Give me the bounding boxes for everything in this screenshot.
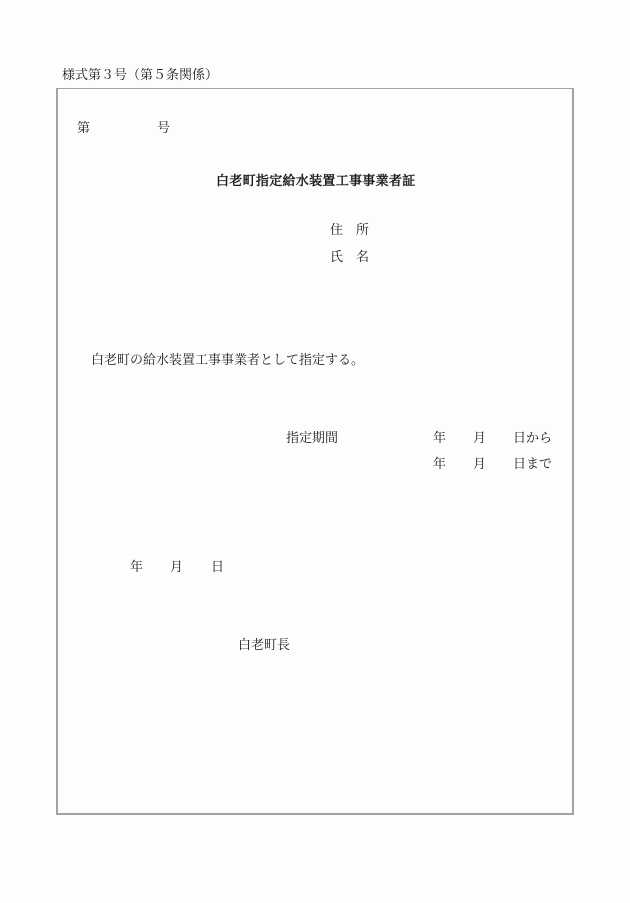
issue-year: 年 (130, 561, 143, 574)
certificate-title: 白老町指定給水装置工事事業者証 (216, 175, 416, 188)
number-suffix: 号 (157, 122, 170, 135)
issue-day: 日 (211, 561, 224, 574)
name-label: 氏 名 (330, 251, 369, 264)
period-from-year: 年 (433, 432, 446, 445)
period-to-year: 年 (433, 458, 446, 471)
issuer-name: 白老町長 (238, 639, 290, 652)
period-from-day: 日から (513, 432, 552, 445)
address-label: 住 所 (330, 224, 369, 237)
certificate-frame (56, 88, 574, 815)
designation-statement: 白老町の給水装置工事事業者として指定する。 (91, 354, 364, 367)
period-to-month: 月 (473, 458, 486, 471)
form-label: 様式第３号（第５条関係） (62, 69, 218, 82)
period-to-day: 日まで (513, 458, 552, 471)
period-from-month: 月 (473, 432, 486, 445)
issue-month: 月 (170, 561, 183, 574)
period-label: 指定期間 (286, 432, 338, 445)
number-prefix: 第 (77, 122, 90, 135)
